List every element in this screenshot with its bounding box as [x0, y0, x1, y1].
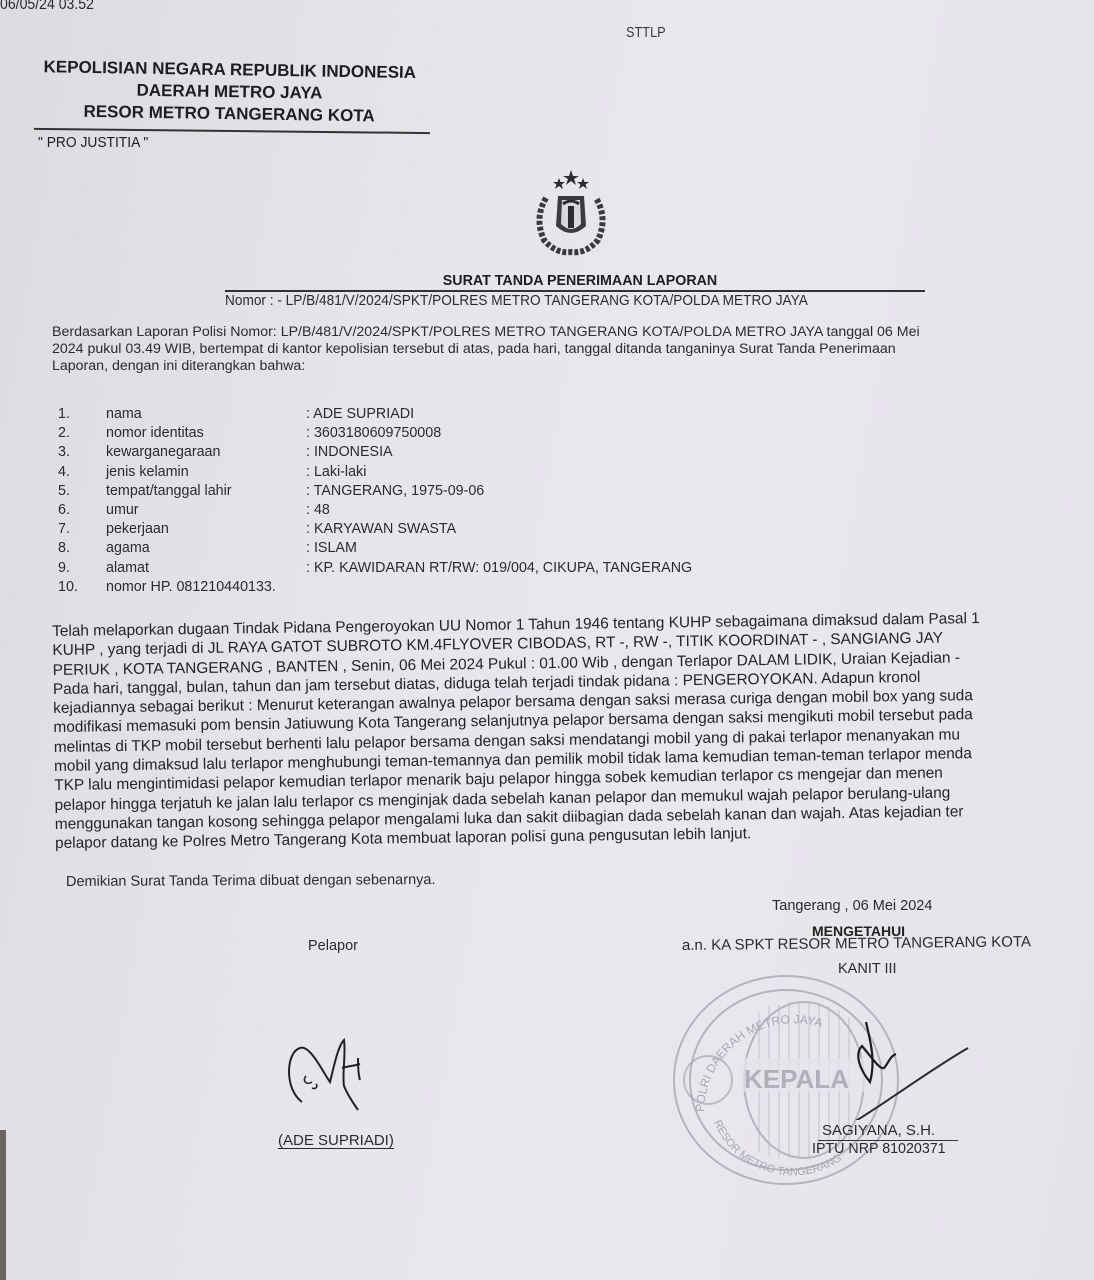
header-divider: [34, 128, 430, 134]
officer-signature: [840, 1010, 980, 1120]
table-edge: [0, 1130, 6, 1280]
place-date: Tangerang , 06 Mei 2024: [772, 898, 932, 914]
pro-justitia-label: " PRO JUSTITIA ": [38, 134, 148, 151]
reporter-signature: [282, 1034, 392, 1114]
police-emblem-icon: [526, 168, 616, 258]
document-number: Nomor : - LP/B/481/V/2024/SPKT/POLRES ME…: [225, 292, 808, 309]
closing-statement: Demikian Surat Tanda Terima dibuat denga…: [66, 872, 436, 890]
svg-text:KEPALA: KEPALA: [744, 1064, 849, 1094]
agency-header: KEPOLISIAN NEGARA REPUBLIK INDONESIA DAE…: [29, 56, 430, 128]
officer-name: SAGIYANA, S.H.: [822, 1122, 935, 1139]
intro-line: Berdasarkan Laporan Polisi Nomor: LP/B/4…: [52, 324, 1082, 341]
intro-line: Laporan, dengan ini diterangkan bahwa:: [52, 358, 1082, 375]
form-code: STTLP: [626, 24, 666, 41]
document-title: SURAT TANDA PENERIMAAN LAPORAN: [248, 272, 913, 289]
intro-line: 2024 pukul 03.49 WIB, bertempat di kanto…: [52, 341, 1082, 358]
reporter-name: (ADE SUPRIADI): [278, 1132, 394, 1149]
on-behalf-label: a.n. KA SPKT RESOR METRO TANGERANG KOTA: [682, 933, 1031, 954]
intro-paragraph: Berdasarkan Laporan Polisi Nomor: LP/B/4…: [52, 324, 1082, 375]
officer-rank-nrp: IPTU NRP 81020371: [812, 1140, 946, 1157]
capture-timestamp: 06/05/24 03.52: [0, 0, 94, 14]
reporter-label: Pelapor: [308, 938, 358, 954]
report-body: Telah melaporkan dugaan Tindak Pidana Pe…: [52, 607, 1094, 853]
